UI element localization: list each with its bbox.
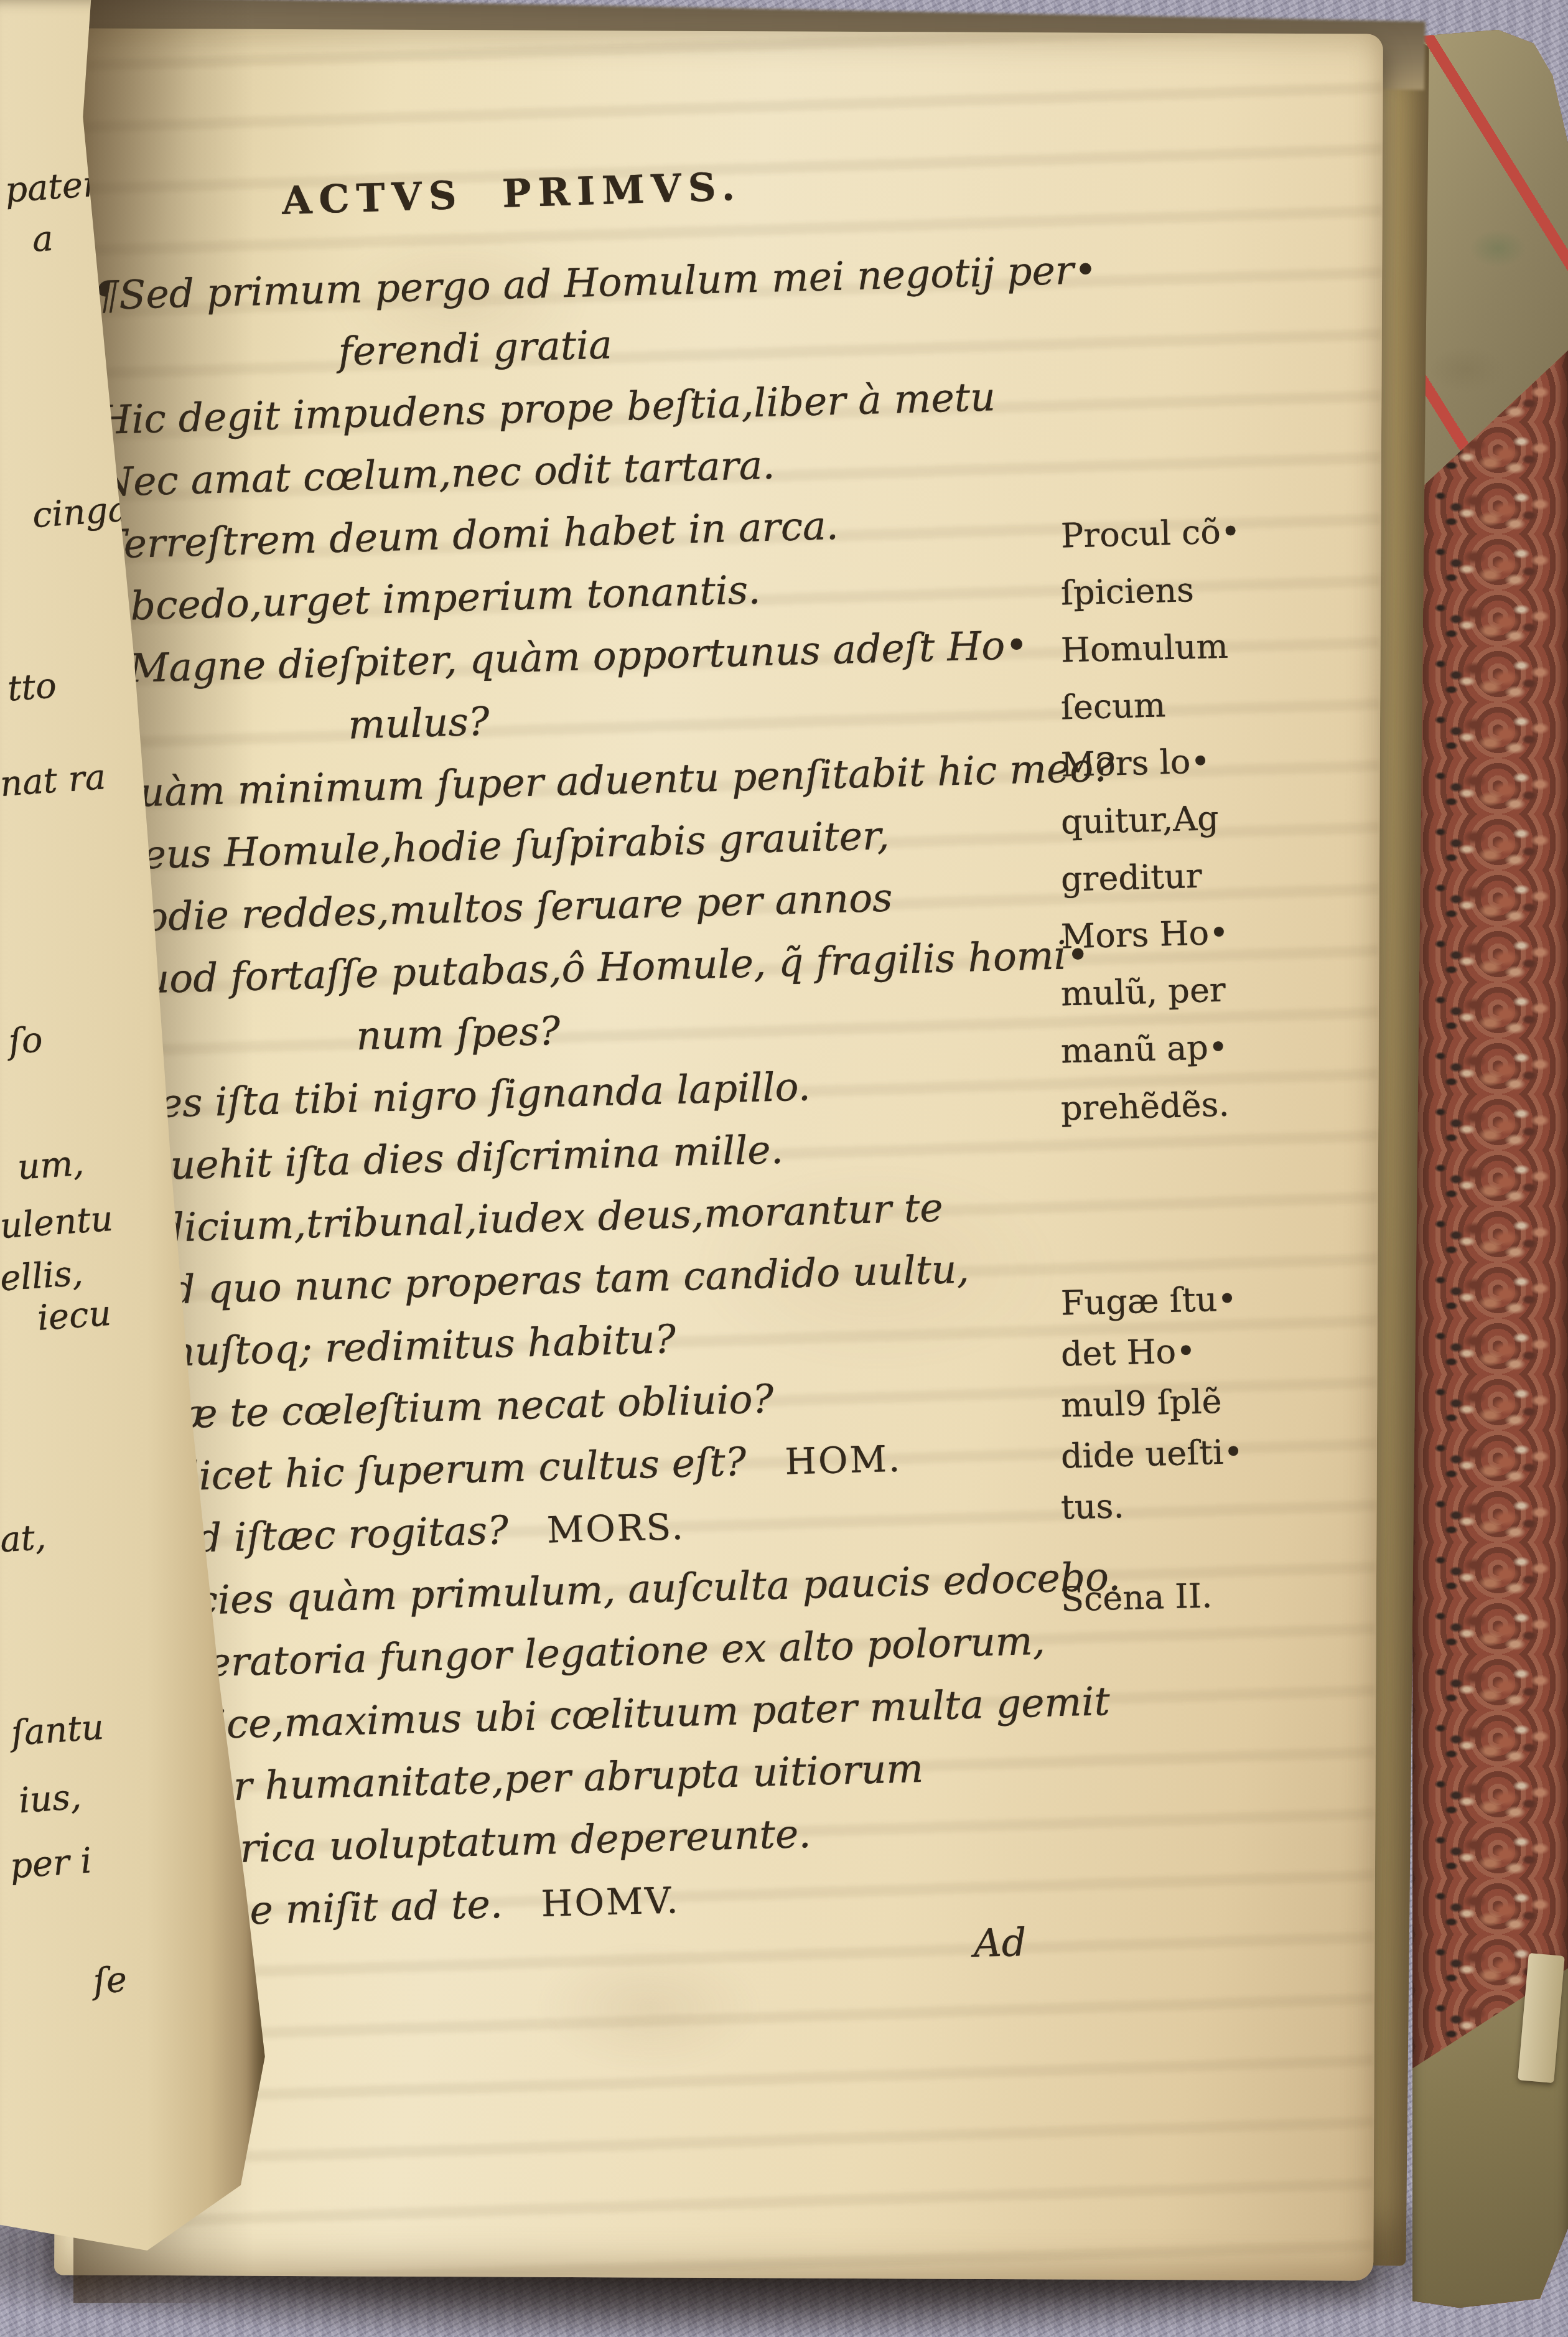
verse-line-text: Venuſtoq; redimitus habitu? (121, 1316, 676, 1376)
margin-note-line: Scena II. (1060, 1574, 1328, 1618)
facing-page-text-fragment: ſo (7, 1019, 44, 1062)
margin-note: Scena II. (1061, 1578, 1328, 1615)
verse-line-text: Dies iſta tibi nigro ſignanda lapillo. (114, 1064, 811, 1127)
margin-note-line: Homulum (1060, 615, 1329, 679)
facing-page-text-fragment: per i (9, 1840, 93, 1886)
margin-note-line: prehẽdẽs. (1060, 1073, 1329, 1137)
verse-line-text: Quàm minimum ſuper aduentu penſitabit hi… (106, 744, 1115, 816)
open-book-photo: ACTVS PRIMVS. ¶Sed primum pergo ad Homul… (0, 0, 1568, 2337)
margin-note-line: dide ueſti• (1060, 1424, 1329, 1482)
verse-line-text: mulus? (347, 699, 490, 748)
verse-line: Hic degit impudens prope beſtia,liber à … (96, 368, 996, 454)
margin-note-line: Mors lo• (1060, 729, 1329, 794)
verse-text-block: ¶Sed primum pergo ad Homulum mei negotij… (93, 241, 1146, 1979)
verse-line-text: Hic degit impudens prope beſtia,liber à … (96, 374, 996, 443)
margin-note-line: Fugæ ſtu• (1060, 1271, 1329, 1329)
speaker-label: HOMV. (541, 1879, 680, 1925)
speaker-label: MORS. (546, 1506, 685, 1552)
verse-line: ferendi gratia (337, 316, 613, 385)
facing-page-text-fragment: ſantu (10, 1707, 105, 1754)
margin-note-line: Procul cõ• (1060, 500, 1329, 564)
facing-page-text-fragment: iecu (36, 1293, 113, 1339)
facing-page-text-fragment: at, (0, 1517, 47, 1561)
catchword: Ad (973, 1919, 1027, 1966)
facing-page-text-fragment: ulentu (0, 1199, 114, 1247)
margin-note-line: mul9 ſplẽ (1060, 1373, 1329, 1431)
margin-note-line: ſpiciens (1060, 558, 1329, 622)
act-heading: ACTVS PRIMVS. (281, 164, 742, 223)
facing-page-text-fragment: um, (16, 1143, 85, 1187)
verse-line-text: ¶Sed primum pergo ad Homulum mei negotij… (93, 247, 1098, 319)
verse-line-text: num ſpes? (356, 1008, 561, 1059)
margin-note-line: manũ ap• (1060, 1016, 1329, 1080)
margin-note-line: Mors Ho• (1060, 901, 1329, 965)
verse-line-text: Scilicet hic ſuperum cultus eſt? (124, 1439, 747, 1501)
verse-line-text: Aduehit iſta dies diſcrimina mille. (116, 1126, 784, 1189)
verse-line-text: Nec amat cœlum,nec odit tartara. (98, 442, 775, 505)
margin-note-line: mulũ, per (1060, 958, 1329, 1023)
margin-note: Fugæ ſtu•det Ho•mul9 ſplẽdide ueſti•tus. (1061, 1275, 1328, 1530)
facing-page-text-fragment: ſe (92, 1959, 128, 2002)
margin-note: Procul cõ•ſpiciensHomulumſecumMors lo•qu… (1061, 504, 1328, 1134)
facing-page-text-fragment: tto (6, 665, 58, 709)
margin-note-line: tus. (1060, 1475, 1329, 1533)
margin-note-line: ſecum (1060, 672, 1329, 736)
facing-page-text-fragment: ellis, (0, 1253, 85, 1299)
margin-note-line: greditur (1060, 844, 1329, 908)
margin-note-line: quitur,Ag (1060, 787, 1329, 851)
speaker-label: HOM. (784, 1438, 902, 1483)
margin-note-line: det Ho• (1060, 1322, 1329, 1380)
facing-page-text-fragment: nat ra (0, 757, 107, 805)
verse-line-text: ferendi gratia (338, 322, 613, 374)
facing-page-text-fragment: ius, (17, 1777, 83, 1822)
verse-line: mulus? (347, 693, 490, 759)
verse-line-text: Quæ te cœleſtium necat obliuio? (123, 1376, 774, 1438)
verse-line: num ſpes? (355, 1003, 561, 1070)
facing-page-text-fragment: a (31, 218, 55, 260)
verse-line-text: Abcedo,urget imperium tonantis. (101, 567, 761, 630)
